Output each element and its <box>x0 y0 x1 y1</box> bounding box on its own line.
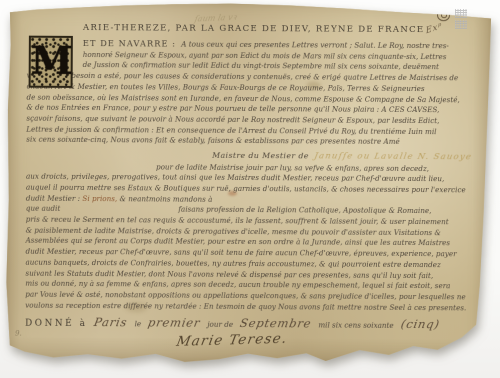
handwritten-place: Paris <box>93 315 129 329</box>
handwritten-day: premier <box>147 316 202 330</box>
letter-text: M ARIE-THEREZE, PAR LA GRACE DE DIEV, RE… <box>25 22 477 350</box>
mandons-pre: dudit Mestier : <box>26 193 83 202</box>
handwritten-month: Septembre <box>239 316 313 330</box>
donne-jour-de: jour de <box>207 320 233 329</box>
watermark-glyph-block <box>455 20 467 29</box>
queen-signature: Marie Terese. <box>175 330 309 350</box>
donne-dateline: DONNÉ à Paris le premier jour de Septemb… <box>25 315 475 332</box>
heading-line-2-text: A tous ceux qui ces presentes Lettres ve… <box>181 40 449 51</box>
body-line: voulons sa reception estre differée ny r… <box>25 300 475 313</box>
donne-label: DONNÉ à <box>25 319 87 329</box>
watermark-glyph-block <box>455 9 467 18</box>
auction-watermark-icon <box>455 9 470 31</box>
document-photo: ſaum la vꝛ Exᵖ M ARIE-THEREZE, PAR LA GR… <box>5 2 493 365</box>
gap-line-left: que audit <box>26 204 61 215</box>
heading-line-2-caps: ET DE NAVARRE : <box>83 38 176 49</box>
handwritten-year-suffix: (cinq) <box>399 317 440 331</box>
drop-cap-letter: M <box>31 38 73 83</box>
mandons-accent: Si prions, <box>82 194 117 203</box>
donne-year-printed: mil six cens soixante <box>318 321 393 330</box>
donne-le: le <box>135 320 142 329</box>
woodcut-initial: M <box>29 36 73 88</box>
mandons-post: & neantmoins mandons à <box>117 194 212 204</box>
maistre-printed-label: Maistre du Mestier de <box>212 151 309 161</box>
pencil-corner-mark: 9. <box>15 330 22 338</box>
parchment-sheet: ſaum la vꝛ Exᵖ M ARIE-THEREZE, PAR LA GR… <box>5 2 493 365</box>
maistre-handwritten-name: Januſſe ou Lavalle N. Sauoye <box>313 151 473 163</box>
